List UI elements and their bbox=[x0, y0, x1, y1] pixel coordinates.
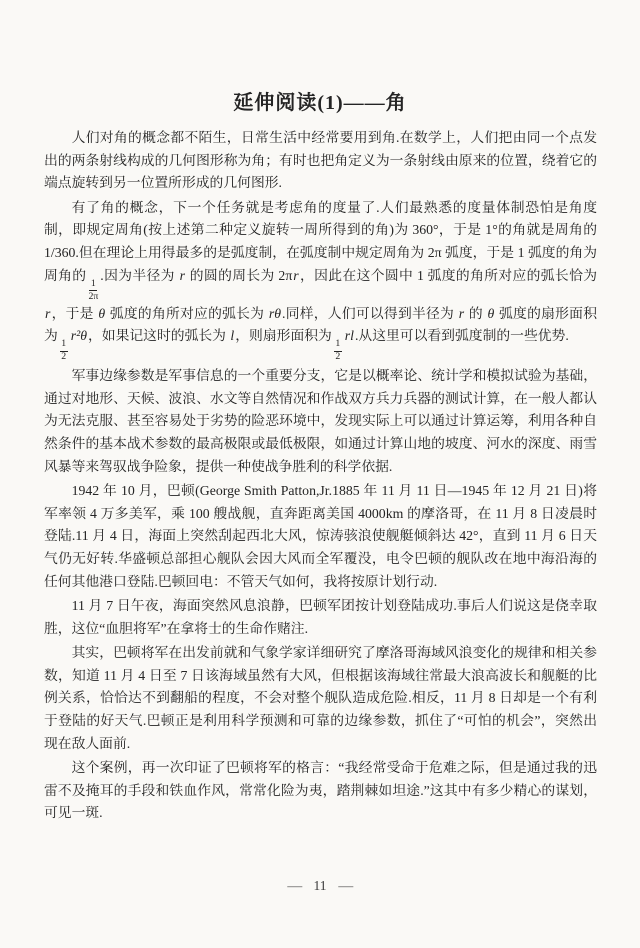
paragraph: 人们对角的概念都不陌生，日常生活中经常要用到角.在数学上，人们把由同一个点发出的… bbox=[44, 127, 597, 195]
fraction: 12π bbox=[88, 279, 98, 303]
math-variable: r bbox=[458, 306, 465, 321]
paragraph: 11 月 7 日午夜，海面突然风息浪静，巴顿军团按计划登陆成功.事后人们说这是侥… bbox=[44, 595, 597, 640]
paragraph: 有了角的概念，下一个任务就是考虑角的度量了.人们最熟悉的度量体制恐怕是角度制，即… bbox=[44, 197, 597, 363]
paragraph: 这个案例，再一次印证了巴顿将军的格言：“我经常受命于危难之际，但是通过我的迅雷不… bbox=[44, 757, 597, 825]
page-number: 11 bbox=[314, 878, 327, 894]
paragraph: 军事边缘参数是军事信息的一个重要分支，它是以概率论、统计学和模拟试验为基础，通过… bbox=[44, 365, 597, 478]
math-variable: rl bbox=[344, 328, 355, 343]
fraction: 12 bbox=[334, 339, 342, 363]
math-variable: r bbox=[44, 306, 51, 321]
footer-left-dash: — bbox=[287, 878, 302, 894]
math-variable: l bbox=[229, 328, 235, 343]
math-variable: θ bbox=[487, 306, 496, 321]
fraction: 12 bbox=[60, 339, 68, 363]
scanned-book-page: 延伸阅读(1)——角 人们对角的概念都不陌生，日常生活中经常要用到角.在数学上，… bbox=[0, 0, 640, 948]
paragraph: 1942 年 10 月，巴顿(George Smith Patton,Jr.18… bbox=[44, 480, 597, 593]
math-variable: θ bbox=[97, 306, 106, 321]
paragraph: 其实，巴顿将军在出发前就和气象学家详细研究了摩洛哥海域风浪变化的规律和相关参数，… bbox=[44, 642, 597, 755]
reading-text: 人们对角的概念都不陌生，日常生活中经常要用到角.在数学上，人们把由同一个点发出的… bbox=[44, 127, 597, 827]
footer-right-dash: — bbox=[338, 878, 353, 894]
math-variable: r bbox=[179, 268, 186, 283]
page-title: 延伸阅读(1)——角 bbox=[0, 0, 640, 115]
page-footer: — 11 — bbox=[0, 878, 640, 894]
math-variable: r bbox=[292, 268, 299, 283]
math-variable: r²θ bbox=[70, 328, 88, 343]
math-variable: rθ bbox=[268, 306, 282, 321]
